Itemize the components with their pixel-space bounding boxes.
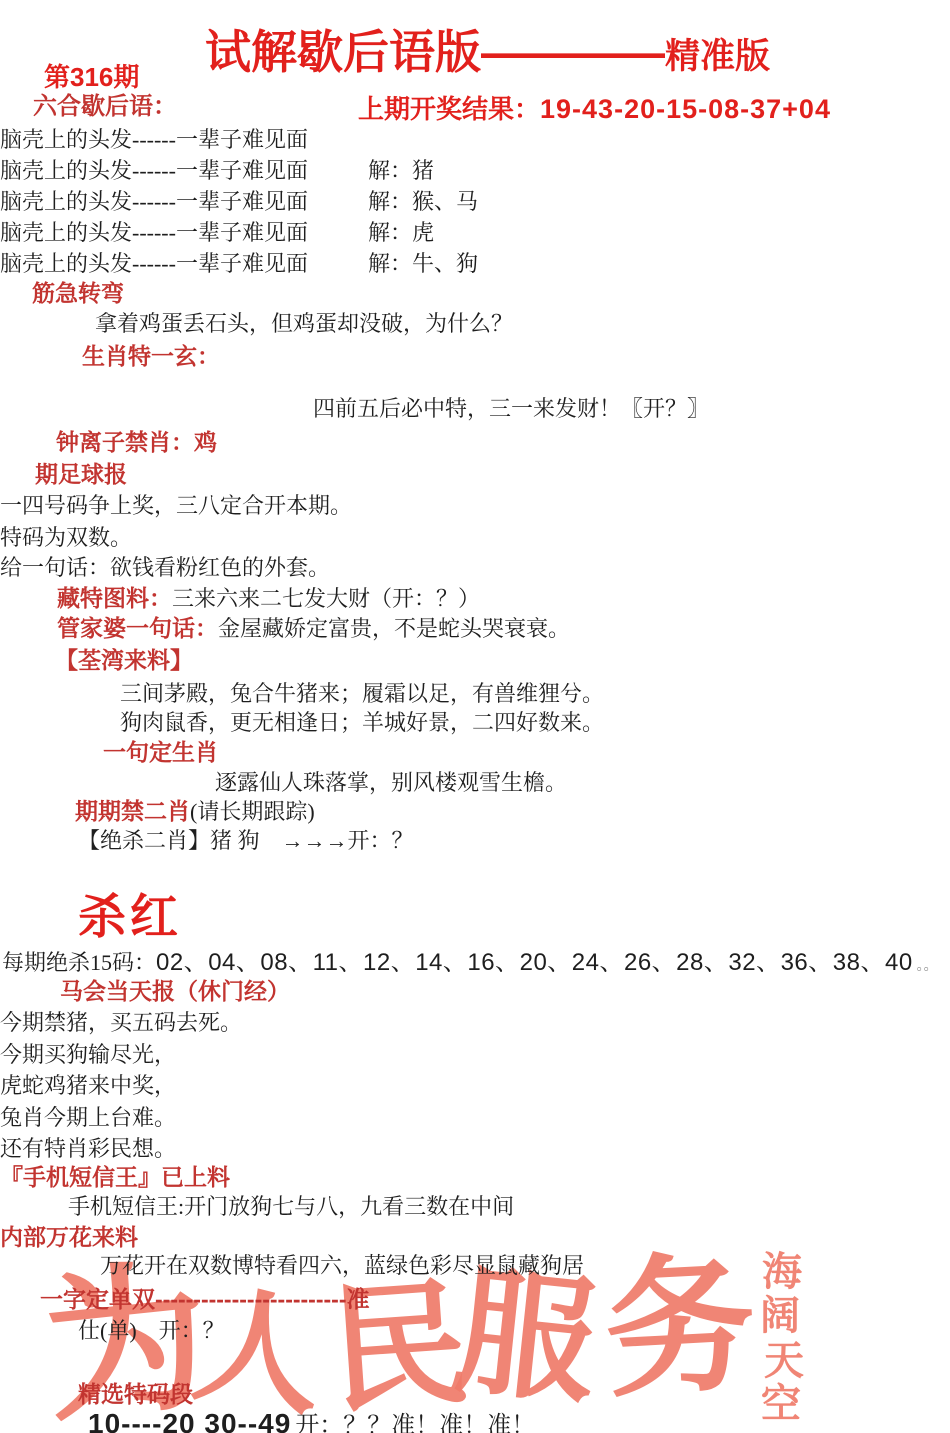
riddle-text: 脑壳上的头发------一辈子难见面 <box>0 127 308 152</box>
daily-report-line: 兔肖今期上台难。 <box>0 1105 176 1131</box>
riddle-text: 脑壳上的头发------一辈子难见面 <box>0 220 308 245</box>
football-line: 给一句话：欲钱看粉红色的外套。 <box>0 555 330 581</box>
riddle-row: 脑壳上的头发------一辈子难见面 解：猪 <box>0 158 950 184</box>
kill-red-numbers: 02、04、08、11、12、14、16、20、24、26、28、32、36、3… <box>156 949 913 976</box>
page-title: 试解歇后语版————精准版 <box>205 16 770 82</box>
banned-zodiac: 钟离子禁肖：鸡 <box>56 429 217 455</box>
riddle-row: 脑壳上的头发------一辈子难见面 解：虎 <box>0 220 950 246</box>
housekeeper-label: 管家婆一句话： <box>57 615 218 641</box>
riddle-answer: 解：虎 <box>368 220 434 246</box>
zodiac-special-hint: 四前五后必中特，三一来发财！〖开？〗 <box>313 396 709 422</box>
brain-teaser-question: 拿着鸡蛋丢石头，但鸡蛋却没破，为什么？ <box>95 311 513 337</box>
section-label-internal-flower: 内部万花来料 <box>0 1224 138 1250</box>
section-label-one-sentence: 一句定生肖 <box>103 739 218 765</box>
section-label-zodiac-special: 生肖特一玄： <box>82 343 220 369</box>
ban-two-result: 【绝杀二肖】猪 狗 →→→开：？ <box>78 828 414 854</box>
kill-red-numbers-label: 每期绝杀15码： <box>2 950 156 975</box>
riddle-text: 脑壳上的头发------一辈子难见面 <box>0 251 308 276</box>
football-line: 一四号码争上奖，三八定合开本期。 <box>0 493 352 519</box>
section-label-riddles: 六合歇后语： <box>33 93 177 121</box>
one-sentence-text: 逐露仙人珠落掌，别风楼观雪生檐。 <box>215 770 567 796</box>
riddle-answer: 解：猪 <box>368 158 434 184</box>
hidden-special-line: 藏特图料：三来六来二七发大财（开：？） <box>57 585 480 612</box>
watermark-side-char: 海 <box>762 1252 802 1292</box>
last-draw-result: 上期开奖结果：19-43-20-15-08-37+04 <box>358 89 831 126</box>
riddle-row: 脑壳上的头发------一辈子难见面 解：牛、狗 <box>0 251 950 277</box>
riddle-answer: 解：牛、狗 <box>368 251 478 277</box>
daily-report-line: 今期买狗输尽光， <box>0 1042 176 1068</box>
ban-two-line: 期期禁二肖(请长期跟踪) <box>75 798 315 825</box>
hidden-special-label: 藏特图料： <box>57 585 172 611</box>
housekeeper-text: 金屋藏娇定富贵，不是蛇头哭衰衰。 <box>218 616 570 641</box>
odd-even-pick: 仕(单) 开：？ <box>78 1318 225 1344</box>
watermark-side-char: 阔 <box>760 1296 800 1336</box>
riddle-text: 脑壳上的头发------一辈子难见面 <box>0 158 308 183</box>
special-segment-range: 10----20 30--49 <box>88 1408 291 1433</box>
hidden-special-text: 三来六来二七发大财（开：？） <box>172 586 480 611</box>
section-label-football: 期足球报 <box>35 461 127 487</box>
tsuen-wan-line: 三间茅殿，兔合牛猪来；履霜以足，有兽维狸兮。 <box>120 681 604 707</box>
daily-report-line: 还有特肖彩民想。 <box>0 1136 176 1162</box>
watermark-side-char: 空 <box>761 1384 801 1424</box>
daily-report-line: 虎蛇鸡猪来中奖， <box>0 1073 176 1099</box>
section-label-brain-teaser: 筋急转弯 <box>32 280 124 306</box>
riddle-row: 脑壳上的头发------一辈子难见面 解：猴、马 <box>0 189 950 215</box>
last-draw-result-label: 上期开奖结果： <box>358 94 540 124</box>
issue-number: 第316期 <box>44 57 139 94</box>
housekeeper-line: 管家婆一句话：金屋藏娇定富贵，不是蛇头哭衰衰。 <box>57 615 570 642</box>
internal-flower-text: 万花开在双数博特看四六，蓝绿色彩尽显鼠藏狗居 <box>100 1253 584 1279</box>
section-label-daily-report: 马会当天报（休门经） <box>60 978 290 1004</box>
tipsheet-page: 为 人 民 服 务 海 阔 天 空 第316期 试解歇后语版————精准版 六合… <box>0 0 950 1433</box>
watermark-char: 服 <box>451 1261 603 1413</box>
riddle-text: 脑壳上的头发------一辈子难见面 <box>0 189 308 214</box>
last-draw-result-numbers: 19-43-20-15-08-37+04 <box>540 94 831 124</box>
page-title-main: 试解歇后语版———— <box>205 26 665 78</box>
kill-red-numbers-line: 每期绝杀15码：02、04、08、11、12、14、16、20、24、26、28… <box>2 942 938 977</box>
page-title-suffix: 精准版 <box>665 37 770 76</box>
watermark-side-char: 天 <box>764 1341 804 1381</box>
riddle-answer: 解：猴、马 <box>368 189 478 215</box>
watermark-char: 务 <box>601 1248 759 1406</box>
kill-red-numbers-tail: 。。 <box>917 959 938 974</box>
riddle-row: 脑壳上的头发------一辈子难见面 <box>0 127 950 153</box>
section-label-special-segment: 精选特码段 <box>78 1381 193 1407</box>
daily-report-line: 今期禁猪，买五码去死。 <box>0 1010 242 1036</box>
special-segment-result: 开：？？准！准！准！ <box>295 1413 535 1433</box>
section-label-sms-king: 『手机短信王』已上料 <box>0 1164 230 1190</box>
sms-king-text: 手机短信王:开门放狗七与八，九看三数在中间 <box>68 1194 514 1220</box>
special-segment-line: 10----20 30--49 开：？？准！准！准！ <box>88 1408 535 1433</box>
odd-even-label: 一字定单双-------------------------准 <box>40 1286 369 1312</box>
football-line: 特码为双数。 <box>0 525 132 551</box>
kill-red-title: 杀红 <box>78 878 182 947</box>
ban-two-note: (请长期跟踪) <box>190 799 315 824</box>
tsuen-wan-line: 狗肉鼠香，更无相逢日；羊城好景，二四好数来。 <box>120 710 604 736</box>
ban-two-label: 期期禁二肖 <box>75 798 190 824</box>
section-label-tsuen-wan: 【荃湾来料】 <box>55 647 193 673</box>
